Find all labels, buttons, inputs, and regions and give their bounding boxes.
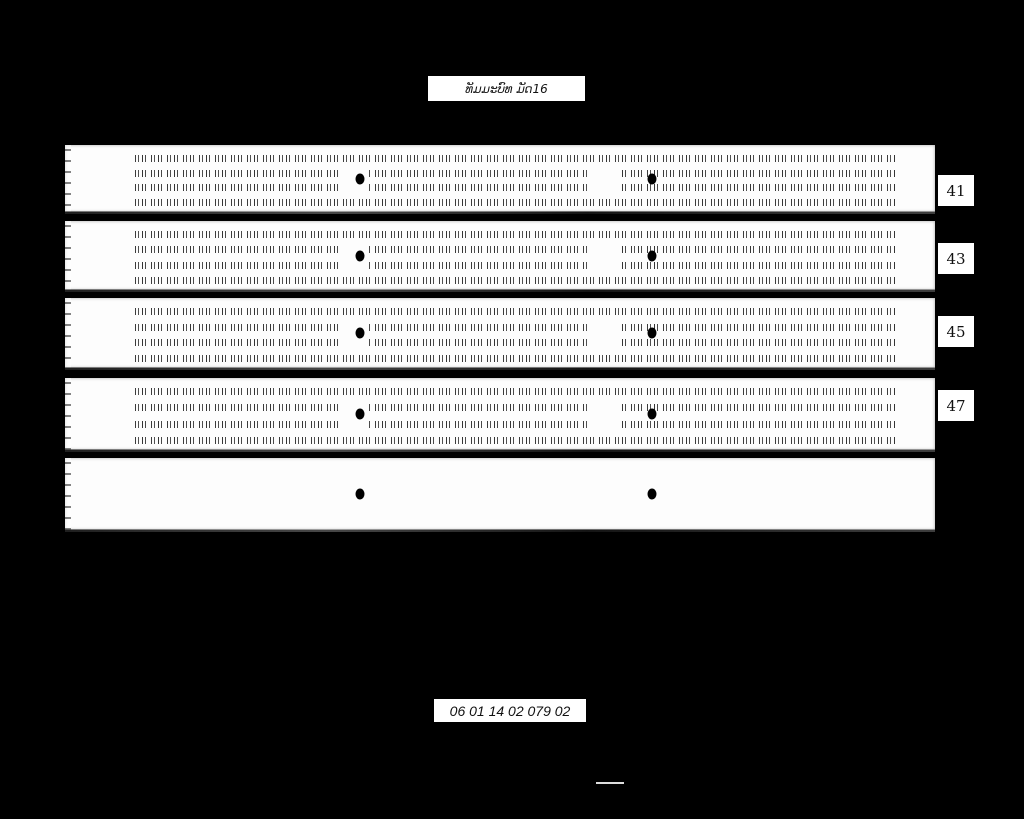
string-hole bbox=[648, 173, 657, 184]
script-line bbox=[133, 227, 895, 240]
script-line bbox=[133, 433, 895, 446]
string-hole bbox=[648, 489, 657, 500]
palm-leaf-1 bbox=[65, 145, 935, 212]
script-line bbox=[133, 351, 895, 364]
page-number-text: 45 bbox=[946, 323, 965, 341]
string-hole bbox=[648, 328, 657, 339]
title-label-text: ທັມມະບົທ ມັດ16 bbox=[465, 82, 547, 96]
script-line bbox=[133, 258, 895, 271]
string-hole bbox=[356, 250, 365, 261]
string-hole bbox=[356, 328, 365, 339]
script-line bbox=[133, 335, 895, 348]
film-speck bbox=[596, 782, 624, 784]
leaf-text-block bbox=[133, 384, 895, 446]
string-hole bbox=[648, 250, 657, 261]
palm-leaf-4 bbox=[65, 378, 935, 450]
script-line bbox=[133, 166, 895, 179]
script-line bbox=[133, 273, 895, 286]
script-line bbox=[133, 242, 895, 255]
string-hole bbox=[648, 409, 657, 420]
script-line bbox=[133, 180, 895, 193]
title-label: ທັມມະບົທ ມັດ16 bbox=[428, 76, 585, 101]
reference-code-label: 06 01 14 02 079 02 bbox=[434, 699, 586, 722]
page-number-text: 41 bbox=[946, 182, 965, 200]
page-number-label: 43 bbox=[938, 243, 974, 274]
script-line bbox=[133, 195, 895, 208]
palm-leaf-3 bbox=[65, 298, 935, 368]
page-number-text: 43 bbox=[946, 250, 965, 268]
leaf-text-block bbox=[133, 304, 895, 364]
reference-code-text: 06 01 14 02 079 02 bbox=[450, 703, 571, 719]
script-line bbox=[133, 304, 895, 317]
script-line bbox=[133, 384, 895, 397]
leaf-text-block bbox=[133, 151, 895, 208]
page-number-label: 45 bbox=[938, 316, 974, 347]
palm-leaf-2 bbox=[65, 221, 935, 290]
page-number-text: 47 bbox=[946, 397, 965, 415]
string-hole bbox=[356, 409, 365, 420]
page-number-label: 41 bbox=[938, 175, 974, 206]
script-line bbox=[133, 320, 895, 333]
script-line bbox=[133, 151, 895, 164]
page-number-label: 47 bbox=[938, 390, 974, 421]
palm-leaf-5-blank bbox=[65, 458, 935, 530]
string-hole bbox=[356, 489, 365, 500]
script-line bbox=[133, 400, 895, 413]
string-hole bbox=[356, 173, 365, 184]
leaf-text-block bbox=[133, 227, 895, 286]
script-line bbox=[133, 417, 895, 430]
